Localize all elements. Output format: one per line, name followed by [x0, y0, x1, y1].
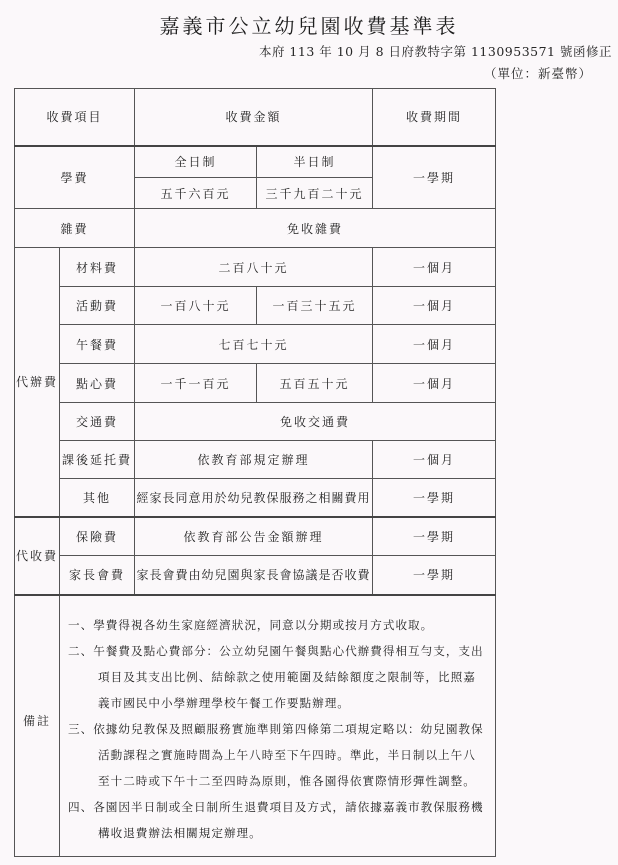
item-label: 家長會費	[60, 556, 135, 595]
notes-label: 備註	[15, 595, 60, 857]
note-item: 三、依據幼兒教保及照顧服務實施準則第四條第二項規定略以：幼兒園教保活動課程之實施…	[68, 716, 485, 794]
item-amount: 二百八十元	[135, 248, 373, 287]
item-full-day-amount: 一千一百元	[135, 364, 257, 403]
table-row: 活動費 一百八十元 一百三十五元 一個月	[15, 287, 496, 325]
item-label: 課後延托費	[60, 441, 135, 479]
item-period: 一學期	[373, 556, 496, 595]
item-half-day-amount: 一百三十五元	[257, 287, 373, 325]
item-label: 交通費	[60, 403, 135, 441]
table-row: 家長會費 家長會費由幼兒園與家長會協議是否收費 一學期	[15, 556, 496, 595]
item-full-day-amount: 一百八十元	[135, 287, 257, 325]
table-row: 課後延托費 依教育部規定辦理 一個月	[15, 441, 496, 479]
reference-number: 本府 113 年 10 月 8 日府教特字第 1130953571 號函修正	[259, 42, 612, 60]
item-amount: 七百七十元	[135, 325, 373, 364]
tuition-half-day-amount: 三千九百二十元	[257, 178, 373, 209]
item-period: 一學期	[373, 479, 496, 517]
item-period: 一個月	[373, 287, 496, 325]
item-amount: 家長會費由幼兒園與家長會協議是否收費	[135, 556, 373, 595]
tuition-row: 學費 全日制 半日制 一學期	[15, 146, 496, 178]
item-label: 點心費	[60, 364, 135, 403]
item-period: 一個月	[373, 325, 496, 364]
column-header-period: 收費期間	[373, 89, 496, 146]
item-period: 一個月	[373, 248, 496, 287]
misc-amount: 免收雜費	[135, 209, 496, 248]
item-period: 一個月	[373, 364, 496, 403]
notes-content: 一、學費得視各幼生家庭經濟狀況，同意以分期或按月方式收取。 二、午餐費及點心費部…	[60, 595, 496, 857]
note-item: 四、各園因半日制或全日制所生退費項目及方式，請依據嘉義市教保服務機構收退費辦法相…	[68, 794, 485, 846]
item-label: 其他	[60, 479, 135, 517]
column-header-item: 收費項目	[15, 89, 135, 146]
item-half-day-amount: 五百五十元	[257, 364, 373, 403]
table-row: 其他 經家長同意用於幼兒教保服務之相關費用 一學期	[15, 479, 496, 517]
column-header-amount: 收費金額	[135, 89, 373, 146]
fee-table: 收費項目 收費金額 收費期間 學費 全日制 半日制 一學期 五千六百元 三千九百…	[14, 88, 496, 857]
collection-fees-label: 代收費	[15, 517, 60, 595]
tuition-full-day-amount: 五千六百元	[135, 178, 257, 209]
misc-label: 雜費	[15, 209, 135, 248]
item-label: 保險費	[60, 517, 135, 556]
table-row: 午餐費 七百七十元 一個月	[15, 325, 496, 364]
table-row: 交通費 免收交通費	[15, 403, 496, 441]
table-row: 點心費 一千一百元 五百五十元 一個月	[15, 364, 496, 403]
item-label: 午餐費	[60, 325, 135, 364]
item-amount: 依教育部公告金額辦理	[135, 517, 373, 556]
currency-unit: （單位：新臺幣）	[484, 64, 592, 82]
table-row: 代收費 保險費 依教育部公告金額辦理 一學期	[15, 517, 496, 556]
tuition-half-day-label: 半日制	[257, 146, 373, 178]
tuition-period: 一學期	[373, 146, 496, 209]
item-label: 材料費	[60, 248, 135, 287]
table-row: 代辦費 材料費 二百八十元 一個月	[15, 248, 496, 287]
tuition-label: 學費	[15, 146, 135, 209]
note-item: 二、午餐費及點心費部分：公立幼兒園午餐與點心代辦費得相互勻支，支出項目及其支出比…	[68, 638, 485, 716]
header-row: 收費項目 收費金額 收費期間	[15, 89, 496, 146]
misc-row: 雜費 免收雜費	[15, 209, 496, 248]
item-amount: 免收交通費	[135, 403, 496, 441]
item-amount: 經家長同意用於幼兒教保服務之相關費用	[135, 479, 373, 517]
item-label: 活動費	[60, 287, 135, 325]
agency-fees-label: 代辦費	[15, 248, 60, 517]
notes-row: 備註 一、學費得視各幼生家庭經濟狀況，同意以分期或按月方式收取。 二、午餐費及點…	[15, 595, 496, 857]
note-item: 一、學費得視各幼生家庭經濟狀況，同意以分期或按月方式收取。	[68, 612, 485, 638]
item-period: 一個月	[373, 441, 496, 479]
tuition-full-day-label: 全日制	[135, 146, 257, 178]
item-amount: 依教育部規定辦理	[135, 441, 373, 479]
document-title: 嘉義市公立幼兒園收費基準表	[0, 10, 618, 39]
item-period: 一學期	[373, 517, 496, 556]
